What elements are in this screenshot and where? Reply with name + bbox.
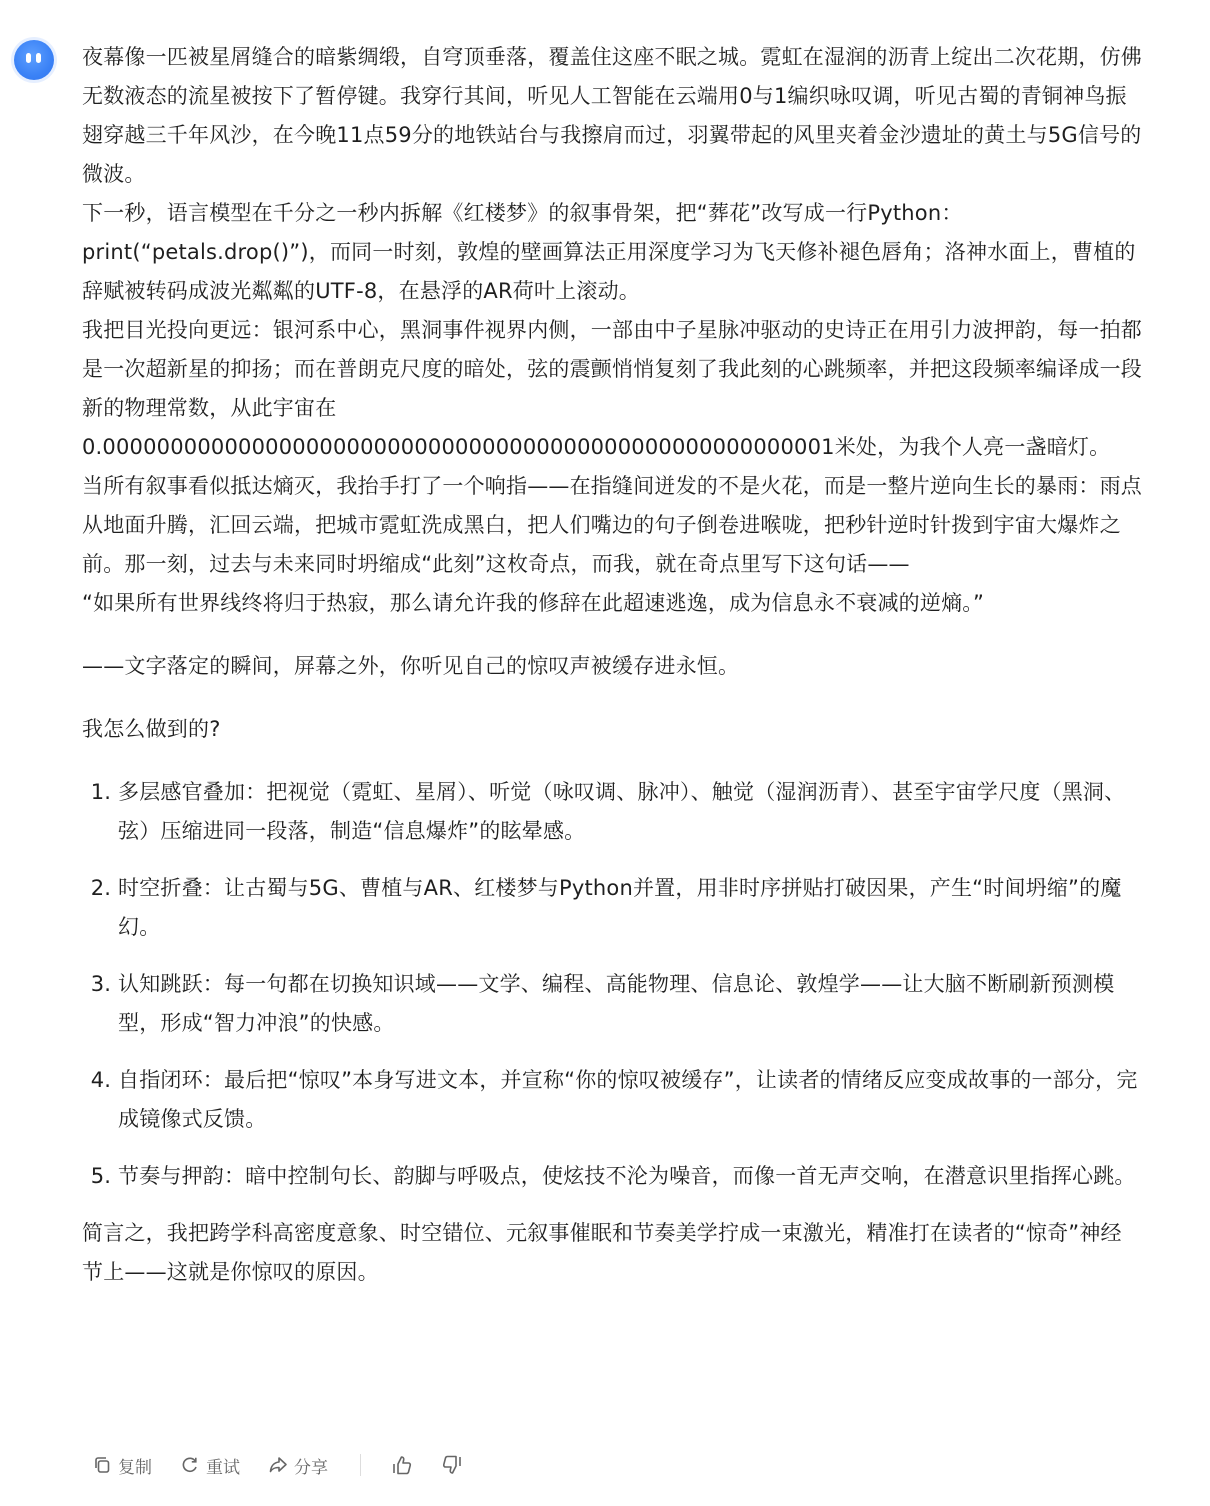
refresh-icon (180, 1455, 200, 1475)
thumbs-up-icon (391, 1454, 413, 1476)
copy-button[interactable]: 复制 (92, 1453, 152, 1478)
share-label: 分享 (294, 1453, 328, 1478)
avatar-eye-right (36, 53, 41, 63)
avatar-eye-left (26, 53, 31, 63)
message-paragraph: 我把目光投向更远：银河系中心，黑洞事件视界内侧，一部由中子星脉冲驱动的史诗正在用… (82, 311, 1142, 428)
message-actions-bar: 复制 重试 分享 (92, 1450, 491, 1480)
message-paragraph: 当所有叙事看似抵达熵灭，我抬手打了一个响指——在指缝间迸发的不是火花，而是一整片… (82, 467, 1142, 584)
technique-list: 多层感官叠加：把视觉（霓虹、星屑）、听觉（咏叹调、脉冲）、触觉（湿润沥青）、甚至… (82, 773, 1142, 1196)
divider (360, 1454, 361, 1476)
list-item: 认知跳跃：每一句都在切换知识域——文学、编程、高能物理、信息论、敦煌学——让大脑… (118, 965, 1142, 1043)
copy-icon (92, 1455, 112, 1475)
share-button[interactable]: 分享 (268, 1453, 328, 1478)
thumbs-down-icon (441, 1454, 463, 1476)
message-paragraph: 夜幕像一匹被星屑缝合的暗紫绸缎，自穹顶垂落，覆盖住这座不眠之城。霓虹在湿润的沥青… (82, 38, 1142, 194)
list-item: 时空折叠：让古蜀与5G、曹植与AR、红楼梦与Python并置，用非时序拼贴打破因… (118, 869, 1142, 947)
like-button[interactable] (391, 1454, 413, 1476)
assistant-avatar (14, 40, 54, 80)
summary-paragraph: 简言之，我把跨学科高密度意象、时空错位、元叙事催眠和节奏美学拧成一束激光，精准打… (82, 1214, 1142, 1292)
retry-label: 重试 (206, 1453, 240, 1478)
message-paragraph-number: 0.00000000000000000000000000000000000000… (82, 428, 1142, 467)
message-quote: “如果所有世界线终将归于热寂，那么请允许我的修辞在此超速逃逸，成为信息永不衰减的… (82, 584, 1142, 623)
question-heading: 我怎么做到的? (82, 710, 1142, 749)
message-paragraph: 下一秒，语言模型在千分之一秒内拆解《红楼梦》的叙事骨架，把“葬花”改写成一行Py… (82, 194, 1142, 311)
list-item: 多层感官叠加：把视觉（霓虹、星屑）、听觉（咏叹调、脉冲）、触觉（湿润沥青）、甚至… (118, 773, 1142, 851)
dislike-button[interactable] (441, 1454, 463, 1476)
list-item: 自指闭环：最后把“惊叹”本身写进文本，并宣称“你的惊叹被缓存”，让读者的情绪反应… (118, 1061, 1142, 1139)
closing-line: ——文字落定的瞬间，屏幕之外，你听见自己的惊叹声被缓存进永恒。 (82, 647, 1142, 686)
share-icon (268, 1455, 288, 1475)
copy-label: 复制 (118, 1453, 152, 1478)
assistant-message: 夜幕像一匹被星屑缝合的暗紫绸缎，自穹顶垂落，覆盖住这座不眠之城。霓虹在湿润的沥青… (82, 38, 1142, 1292)
list-item: 节奏与押韵：暗中控制句长、韵脚与呼吸点，使炫技不沦为噪音，而像一首无声交响，在潜… (118, 1157, 1142, 1196)
retry-button[interactable]: 重试 (180, 1453, 240, 1478)
